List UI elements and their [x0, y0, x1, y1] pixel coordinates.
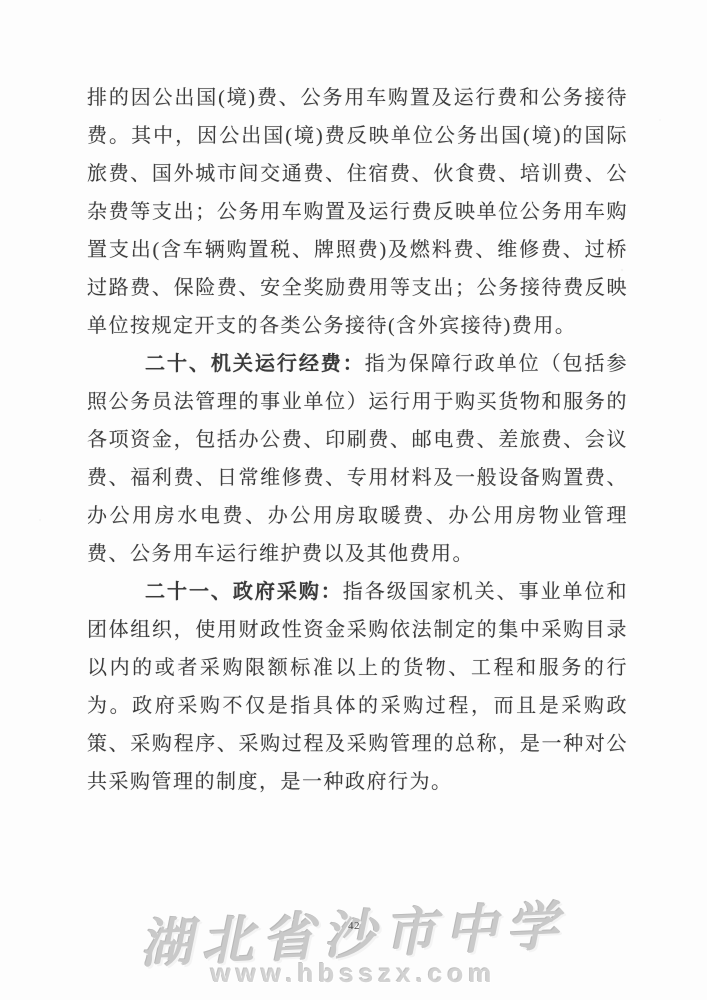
paragraph-text: 排的因公出国(境)费、公务用车购置及运行费和公务接待费。其中，因公出国(境)费反…	[87, 87, 628, 337]
document-text: 排的因公出国(境)费、公务用车购置及运行费和公务接待费。其中，因公出国(境)费反…	[87, 79, 628, 801]
document-page: 排的因公出国(境)费、公务用车购置及运行费和公务接待费。其中，因公出国(境)费反…	[0, 0, 707, 1000]
paragraph: 排的因公出国(境)费、公务用车购置及运行费和公务接待费。其中，因公出国(境)费反…	[87, 79, 628, 345]
page-number: 42	[348, 920, 360, 932]
watermark-website: www.hbsszx.com	[0, 958, 707, 989]
section-heading: 二十一、政府采购：	[145, 581, 343, 603]
paragraph-text: 指各级国家机关、事业单位和团体组织，使用财政性资金采购依法制定的集中采购目录以内…	[87, 581, 628, 793]
paragraph: 二十一、政府采购：指各级国家机关、事业单位和团体组织，使用财政性资金采购依法制定…	[87, 573, 628, 801]
section-heading: 二十、机关运行经费：	[145, 353, 365, 375]
paragraph-text: 指为保障行政单位（包括参照公务员法管理的事业单位）运行用于购买货物和服务的各项资…	[87, 353, 628, 565]
paragraph: 二十、机关运行经费：指为保障行政单位（包括参照公务员法管理的事业单位）运行用于购…	[87, 345, 628, 573]
